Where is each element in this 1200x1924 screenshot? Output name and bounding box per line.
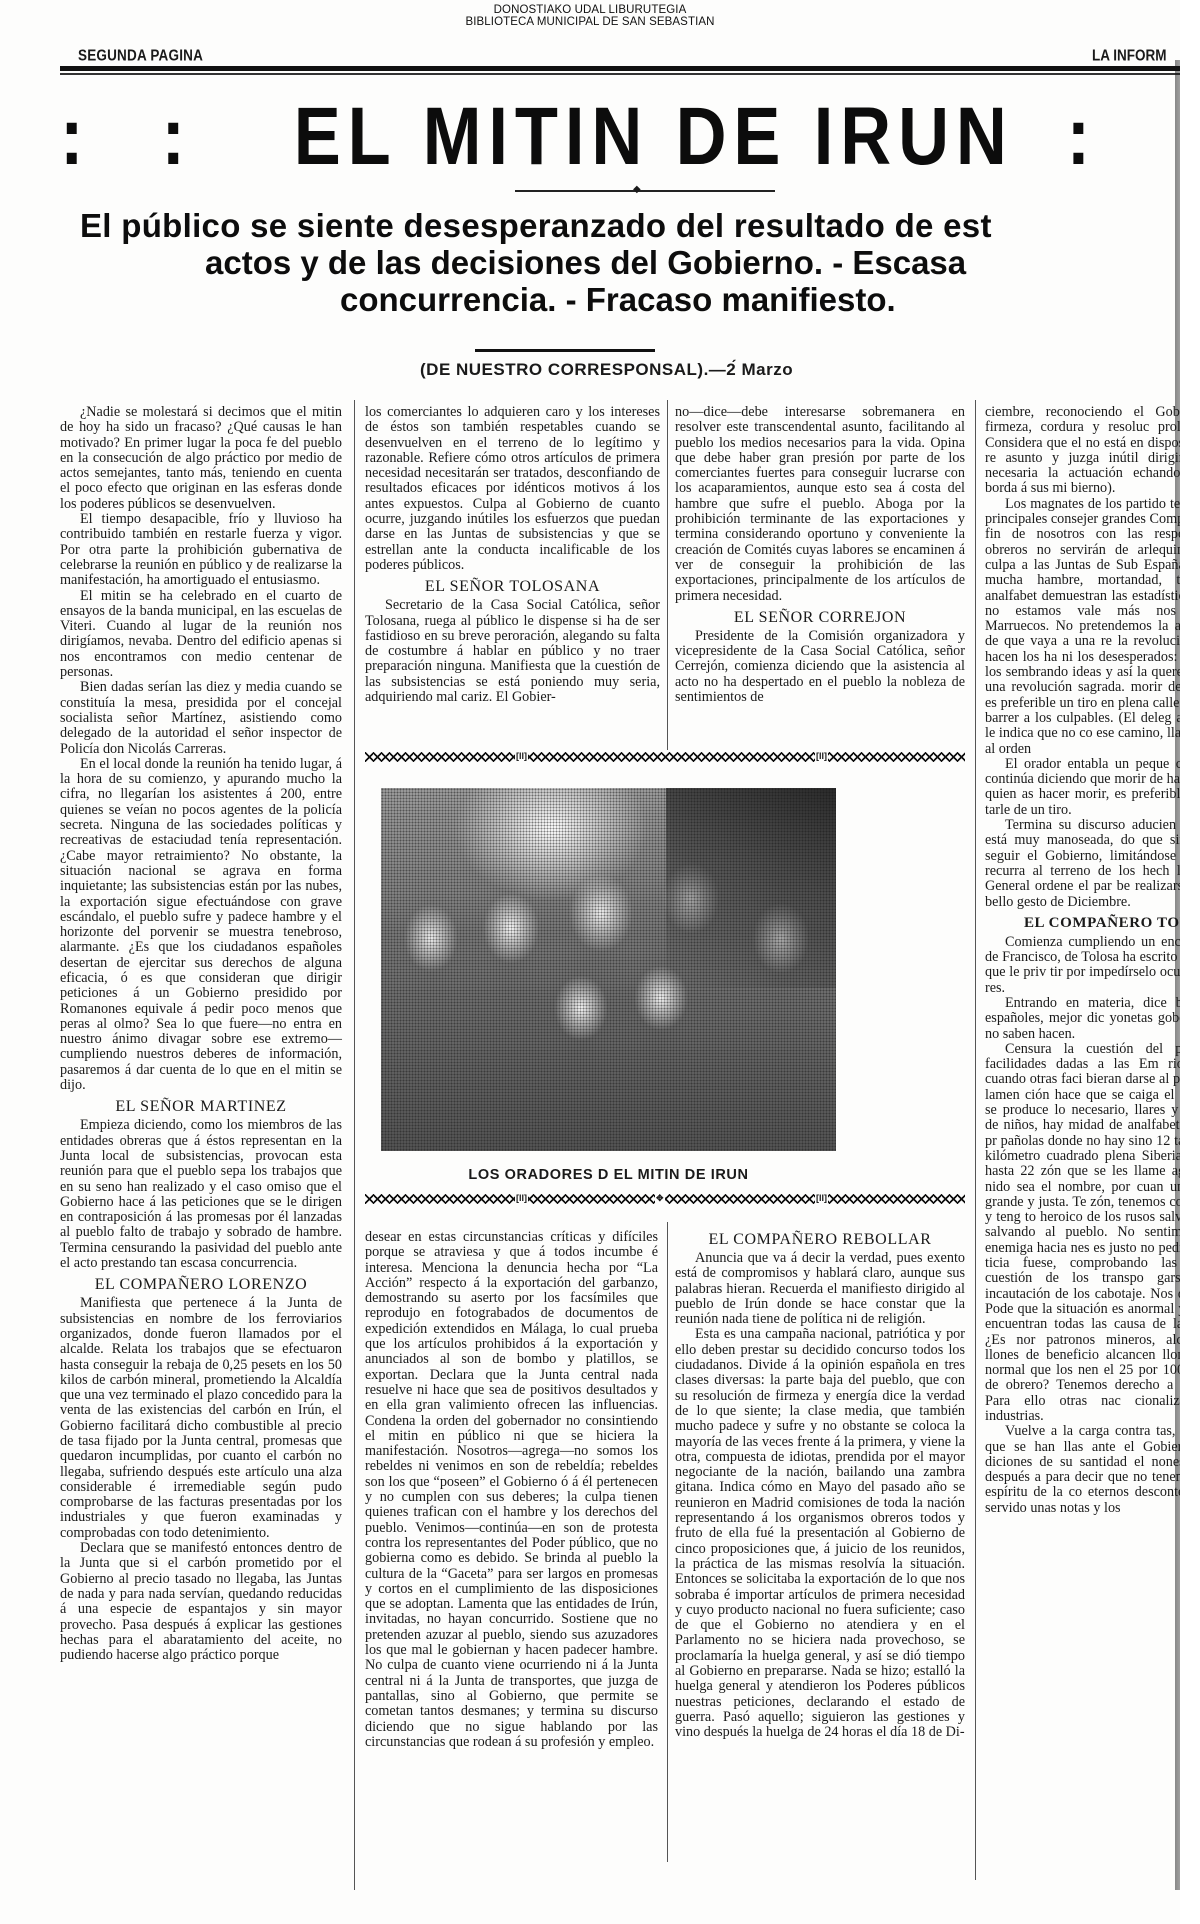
column-4: ciembre, reconociendo el Gobie hubo firm…	[985, 405, 1180, 1516]
column-divider	[667, 400, 668, 750]
paragraph: ciembre, reconociendo el Gobie hubo firm…	[985, 405, 1180, 497]
paragraph: El mitin se ha celebrado en el cuarto de…	[60, 589, 342, 681]
divider-ornament: [II]	[515, 1193, 528, 1204]
column-2-bottom: desear en estas circunstancias críticas …	[365, 1230, 658, 1750]
column-3-bottom: EL COMPAÑERO REBOLLAR Anuncia que va á d…	[675, 1226, 965, 1741]
newspaper-name: LA INFORM	[1092, 47, 1167, 64]
column-divider	[667, 1222, 668, 1862]
divider-ornament: ✥	[655, 1193, 665, 1204]
section-heading-correjon: EL SEÑOR CORREJON	[675, 608, 965, 627]
headline-prefix: : :	[60, 91, 214, 182]
paragraph: no—dice—debe interesarse sobremanera en …	[675, 405, 965, 604]
subheadline-line3: concurrencia. - Fracaso manifiesto.	[60, 281, 1180, 318]
paragraph: desear en estas circunstancias críticas …	[365, 1230, 658, 1750]
zigzag-divider-top	[365, 752, 965, 762]
section-heading-tolosana: EL SEÑOR TOLOSANA	[365, 577, 660, 596]
newspaper-page: DONOSTIAKO UDAL LIBURUTEGIA BIBLIOTECA M…	[0, 0, 1180, 1924]
section-heading-lorenzo: EL COMPAÑERO LORENZO	[60, 1275, 342, 1294]
column-divider	[354, 400, 355, 1890]
header-rule-thick	[60, 66, 1180, 71]
divider-ornament: [II]	[815, 1193, 828, 1204]
subheadline: El público se siente desesperanzado del …	[60, 207, 1180, 318]
subheadline-rule	[475, 349, 655, 352]
zigzag-divider-bottom	[365, 1194, 965, 1204]
paragraph: Censura la cuestión del pape las facilid…	[985, 1042, 1180, 1424]
page-label: SEGUNDA PAGINA	[78, 47, 203, 64]
column-divider	[975, 400, 976, 1880]
column-4-clip: ciembre, reconociendo el Gobie hubo firm…	[985, 405, 1180, 1895]
speakers-group-photo	[381, 788, 836, 1151]
paragraph: Declara que se manifestó entonces dentro…	[60, 1541, 342, 1663]
paragraph: Bien dadas serían las diez y media cuand…	[60, 680, 342, 756]
subheadline-line1: El público se siente desesperanzado del …	[60, 207, 1180, 244]
paragraph: Esta es una campaña nacional, patriótica…	[675, 1327, 965, 1740]
column-2-top: los comerciantes lo adquieren caro y los…	[365, 405, 660, 705]
paragraph: ¿Nadie se molestará si decimos que el mi…	[60, 405, 342, 512]
paragraph: El orador entabla un peque con él, y con…	[985, 757, 1180, 818]
paragraph: Secretario de la Casa Social Católica, s…	[365, 598, 660, 705]
paragraph: Vuelve a la carga contra tas, diciendo q…	[985, 1424, 1180, 1516]
archive-stamp: DONOSTIAKO UDAL LIBURUTEGIA BIBLIOTECA M…	[0, 4, 1180, 28]
photo-caption: LOS ORADORES D EL MITIN DE IRUN	[381, 1167, 836, 1183]
dateline: (DE NUESTRO CORRESPONSAL).—2́ Marzo	[420, 360, 793, 380]
section-heading-martinez: EL SEÑOR MARTINEZ	[60, 1097, 342, 1116]
subheadline-line2: actos y de las decisiones del Gobierno. …	[60, 244, 1180, 281]
paragraph: En el local donde la reunión ha tenido l…	[60, 757, 342, 1094]
paragraph: Presidente de la Comisión organizadora y…	[675, 629, 965, 705]
headline-suffix: :	[1067, 91, 1097, 182]
headline-ornament	[515, 190, 775, 192]
paragraph: Manifiesta que pertenece á la Junta de s…	[60, 1296, 342, 1541]
divider-ornament: [II]	[815, 751, 828, 762]
paragraph: Empieza diciendo, como los miembros de l…	[60, 1118, 342, 1271]
headline-title: EL MITIN DE IRUN	[294, 91, 1014, 182]
paragraph: Comienza cumpliendo un enca colega de Fr…	[985, 935, 1180, 996]
main-headline: : : EL MITIN DE IRUN :	[60, 92, 1092, 182]
section-heading-rebollar: EL COMPAÑERO REBOLLAR	[675, 1230, 965, 1249]
archive-stamp-line2: BIBLIOTECA MUNICIPAL DE SAN SEBASTIAN	[0, 16, 1180, 28]
paragraph: Anuncia que va á decir la verdad, pues e…	[675, 1251, 965, 1327]
paragraph: Termina su discurso aducien cuestión est…	[985, 818, 1180, 910]
header-rule-thin	[60, 73, 1180, 75]
paragraph: Los magnates de los partido tes son los …	[985, 497, 1180, 757]
paragraph: los comerciantes lo adquieren caro y los…	[365, 405, 660, 573]
column-3-top: no—dice—debe interesarse sobremanera en …	[675, 405, 965, 705]
scan-margin	[1180, 0, 1200, 1924]
paragraph: El tiempo desapacible, frío y lluvioso h…	[60, 512, 342, 588]
archive-stamp-line1: DONOSTIAKO UDAL LIBURUTEGIA	[0, 4, 1180, 16]
divider-ornament: [II]	[515, 751, 528, 762]
column-1: ¿Nadie se molestará si decimos que el mi…	[60, 405, 342, 1663]
paragraph: Entrando en materia, dice bernantes espa…	[985, 996, 1180, 1042]
section-heading-tor: EL COMPAÑERO TOR	[985, 914, 1180, 933]
